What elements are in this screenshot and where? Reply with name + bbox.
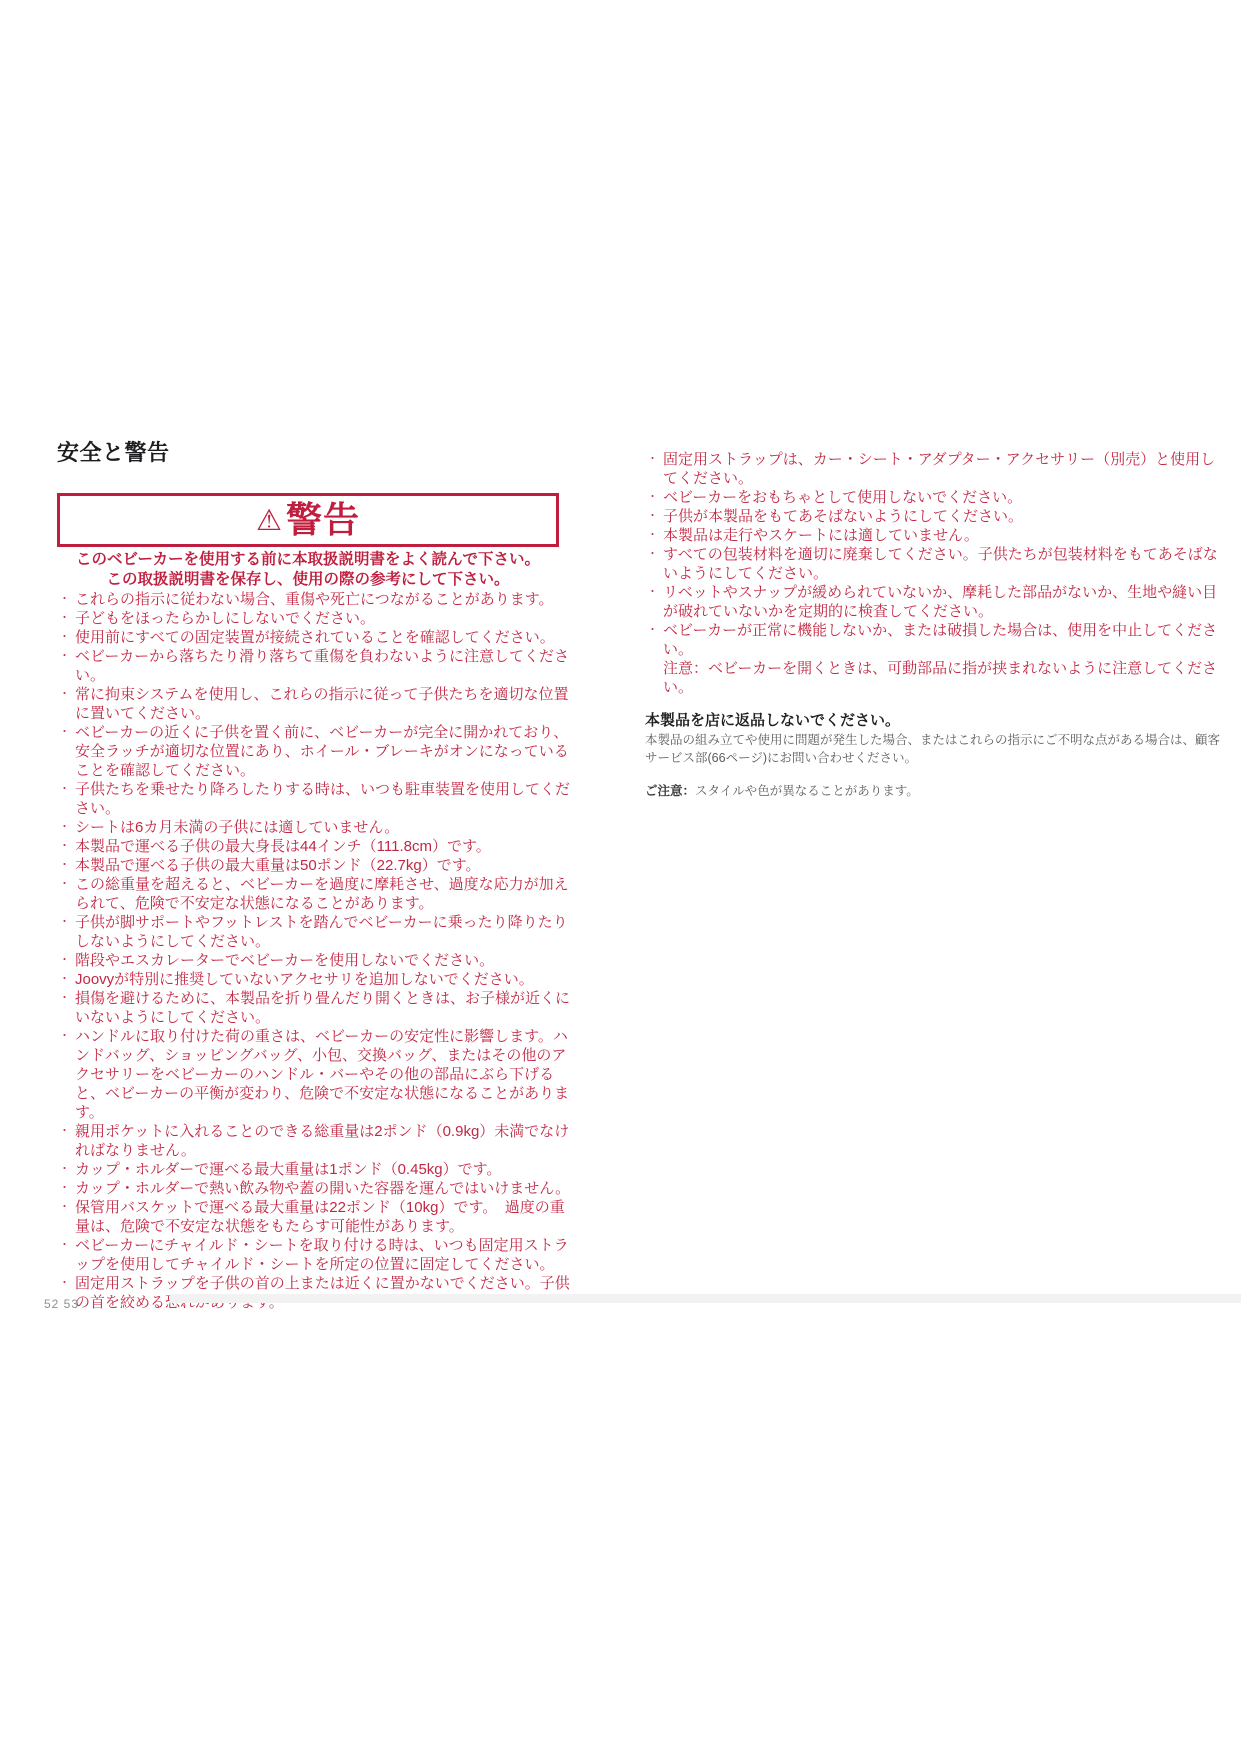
- bullet-icon: ・: [59, 1027, 70, 1046]
- warning-list-item: ・ カップ・ホルダーで熱い飲み物や蓋の開いた容器を運んではいけません。: [57, 1179, 572, 1198]
- bullet-icon: ・: [647, 450, 658, 469]
- warning-item-text: 本製品で運べる子供の最大重量は50ポンド（22.7kg）です。: [75, 857, 481, 874]
- warning-list-item: ・ 本製品は走行やスケートには適していません。: [645, 526, 1220, 545]
- warning-list-item: ・ ハンドルに取り付けた荷の重さは、ベビーカーの安定性に影響します。ハンドバッグ…: [57, 1027, 572, 1122]
- warning-intro-line2: この取扱説明書を保存し、使用の際の参考にして下さい。: [57, 570, 559, 590]
- warning-list-item: ・ 常に拘束システムを使用し、これらの指示に従って子供たちを適切な位置に置いてく…: [57, 685, 572, 723]
- warning-item-text: リベットやスナップが緩められていないか、摩耗した部品がないか、生地や縫い目が破れ…: [663, 584, 1217, 620]
- warning-bullet-list-left: ・ これらの指示に従わない場合、重傷や死亡につながることがあります。 ・ 子ども…: [57, 590, 572, 1312]
- warning-list-item: ・ 子どもをほったらかしにしないでください。: [57, 609, 572, 628]
- warning-bullet-list-right: ・ 固定用ストラップは、カー・シート・アダプター・アクセサリー（別売）と使用して…: [645, 450, 1220, 659]
- warning-list-item: ・ 固定用ストラップは、カー・シート・アダプター・アクセサリー（別売）と使用して…: [645, 450, 1220, 488]
- warning-list-item: ・ これらの指示に従わない場合、重傷や死亡につながることがあります。: [57, 590, 572, 609]
- warning-triangle-icon: ⚠: [256, 507, 283, 536]
- bullet-icon: ・: [59, 609, 70, 628]
- bullet-icon: ・: [59, 590, 70, 609]
- bullet-icon: ・: [647, 488, 658, 507]
- style-note-label: ご注意：: [645, 784, 695, 798]
- warning-intro-line1: このベビーカーを使用する前に本取扱説明書をよく読んで下さい。: [57, 550, 559, 570]
- style-variation-note: ご注意：スタイルや色が異なることがあります。: [645, 783, 1220, 800]
- warning-list-item: ・ カップ・ホルダーで運べる最大重量は1ポンド（0.45kg）です。: [57, 1160, 572, 1179]
- bullet-icon: ・: [59, 723, 70, 742]
- bullet-icon: ・: [59, 780, 70, 799]
- bullet-icon: ・: [59, 970, 70, 989]
- warning-item-text: 常に拘束システムを使用し、これらの指示に従って子供たちを適切な位置に置いてくださ…: [75, 686, 569, 722]
- warning-item-text: 子供が脚サポートやフットレストを踏んでベビーカーに乗ったり降りたりしないようにし…: [75, 914, 568, 950]
- bullet-icon: ・: [59, 837, 70, 856]
- warning-item-text: ベビーカーが正常に機能しないか、または破損した場合は、使用を中止してください。: [663, 622, 1217, 658]
- warning-list-item: ・ 損傷を避けるために、本製品を折り畳んだり開くときは、お子様が近くにいないよう…: [57, 989, 572, 1027]
- warning-item-text: ベビーカーから落ちたり滑り落ちて重傷を負わないように注意してください。: [75, 648, 569, 684]
- bullet-icon: ・: [59, 989, 70, 1008]
- warning-item-text: 使用前にすべての固定装置が接続されていることを確認してください。: [75, 629, 555, 646]
- warning-list-item: ・ ベビーカーの近くに子供を置く前に、ベビーカーが完全に開かれており、安全ラッチ…: [57, 723, 572, 780]
- warning-list-item: ・ 子供たちを乗せたり降ろしたりする時は、いつも駐車装置を使用してください。: [57, 780, 572, 818]
- bullet-icon: ・: [59, 628, 70, 647]
- page-edge-band: [170, 1294, 1241, 1303]
- warning-list-item: ・ 使用前にすべての固定装置が接続されていることを確認してください。: [57, 628, 572, 647]
- warning-list-item: ・ 本製品で運べる子供の最大重量は50ポンド（22.7kg）です。: [57, 856, 572, 875]
- warning-item-text: カップ・ホルダーで運べる最大重量は1ポンド（0.45kg）です。: [75, 1161, 501, 1178]
- warning-item-text: 子供たちを乗せたり降ろしたりする時は、いつも駐車装置を使用してください。: [75, 781, 570, 817]
- warning-list-item: ・ 階段やエスカレーターでベビーカーを使用しないでください。: [57, 951, 572, 970]
- warning-list-item: ・ この総重量を超えると、ベビーカーを過度に摩耗させ、過度な応力が加えられて、危…: [57, 875, 572, 913]
- bullet-icon: ・: [647, 507, 658, 526]
- warning-item-text: ハンドルに取り付けた荷の重さは、ベビーカーの安定性に影響します。ハンドバッグ、シ…: [75, 1028, 569, 1121]
- warning-item-text: 親用ポケットに入れることのできる総重量は2ポンド（0.9kg）未満でなければなり…: [75, 1123, 569, 1159]
- warning-list-item: ・ ベビーカーが正常に機能しないか、または破損した場合は、使用を中止してください…: [645, 621, 1220, 659]
- page-title: 安全と警告: [57, 436, 170, 467]
- warning-item-text: 本製品で運べる子供の最大身長は44インチ（111.8cm）です。: [75, 838, 491, 855]
- warning-list-item: ・ リベットやスナップが緩められていないか、摩耗した部品がないか、生地や縫い目が…: [645, 583, 1220, 621]
- warning-item-text: 固定用ストラップを子供の首の上または近くに置かないでください。子供の首を絞める恐…: [75, 1275, 570, 1311]
- warning-list-item: ・ 子供が脚サポートやフットレストを踏んでベビーカーに乗ったり降りたりしないよう…: [57, 913, 572, 951]
- warning-list-item: ・ シートは6カ月未満の子供には適していません。: [57, 818, 572, 837]
- warning-list-item: ・ Joovyが特別に推奨していないアクセサリを追加しないでください。: [57, 970, 572, 989]
- bullet-icon: ・: [59, 647, 70, 666]
- right-column: ・ 固定用ストラップは、カー・シート・アダプター・アクセサリー（別売）と使用して…: [645, 450, 1220, 800]
- caution-note: 注意：ベビーカーを開くときは、可動部品に指が挟まれないように注意してください。: [645, 659, 1220, 697]
- bullet-icon: ・: [59, 875, 70, 894]
- warning-list-item: ・ 保管用バスケットで運べる最大重量は22ポンド（10kg）です。 過度の重量は…: [57, 1198, 572, 1236]
- customer-service-note: 本製品の組み立てや使用に問題が発生した場合、またはこれらの指示にご不明な点がある…: [645, 732, 1220, 767]
- warning-list-item: ・ 本製品で運べる子供の最大身長は44インチ（111.8cm）です。: [57, 837, 572, 856]
- style-note-body: スタイルや色が異なることがあります。: [695, 784, 919, 798]
- left-column: ・ これらの指示に従わない場合、重傷や死亡につながることがあります。 ・ 子ども…: [57, 590, 572, 1312]
- warning-item-text: この総重量を超えると、ベビーカーを過度に摩耗させ、過度な応力が加えられて、危険で…: [75, 876, 569, 912]
- warning-item-text: ベビーカーをおもちゃとして使用しないでください。: [663, 489, 1022, 506]
- bullet-icon: ・: [59, 1122, 70, 1141]
- bullet-icon: ・: [59, 856, 70, 875]
- warning-item-text: カップ・ホルダーで熱い飲み物や蓋の開いた容器を運んではいけません。: [75, 1180, 570, 1197]
- warning-item-text: ベビーカーの近くに子供を置く前に、ベビーカーが完全に開かれており、安全ラッチが適…: [75, 724, 569, 779]
- warning-heading-label: 警告: [286, 502, 360, 538]
- warning-item-text: Joovyが特別に推奨していないアクセサリを追加しないでください。: [75, 971, 534, 988]
- no-return-heading: 本製品を店に返品しないでください。: [645, 711, 1220, 730]
- warning-item-text: 階段やエスカレーターでベビーカーを使用しないでください。: [75, 952, 494, 969]
- page-number-label: 52 53: [44, 1297, 79, 1311]
- bullet-icon: ・: [59, 1179, 70, 1198]
- warning-item-text: すべての包装材料を適切に廃棄してください。子供たちが包装材料をもてあそばないよう…: [663, 546, 1218, 582]
- warning-item-text: 本製品は走行やスケートには適していません。: [663, 527, 979, 544]
- warning-list-item: ・ ベビーカーから落ちたり滑り落ちて重傷を負わないように注意してください。: [57, 647, 572, 685]
- warning-item-text: 子どもをほったらかしにしないでください。: [75, 610, 375, 627]
- warning-list-item: ・ ベビーカーにチャイルド・シートを取り付ける時は、いつも固定用ストラップを使用…: [57, 1236, 572, 1274]
- warning-heading: ⚠ 警告: [256, 502, 360, 538]
- bullet-icon: ・: [59, 1160, 70, 1179]
- bullet-icon: ・: [59, 1274, 70, 1293]
- warning-item-text: 固定用ストラップは、カー・シート・アダプター・アクセサリー（別売）と使用してくだ…: [663, 451, 1215, 487]
- bullet-icon: ・: [647, 621, 658, 640]
- warning-item-text: ベビーカーにチャイルド・シートを取り付ける時は、いつも固定用ストラップを使用して…: [75, 1237, 569, 1273]
- warning-item-text: 損傷を避けるために、本製品を折り畳んだり開くときは、お子様が近くにいないようにし…: [75, 990, 570, 1026]
- warning-item-text: シートは6カ月未満の子供には適していません。: [75, 819, 399, 836]
- warning-item-text: 保管用バスケットで運べる最大重量は22ポンド（10kg）です。 過度の重量は、危…: [75, 1199, 565, 1235]
- warning-list-item: ・ 固定用ストラップを子供の首の上または近くに置かないでください。子供の首を絞め…: [57, 1274, 572, 1312]
- bullet-icon: ・: [647, 545, 658, 564]
- bullet-icon: ・: [647, 526, 658, 545]
- bullet-icon: ・: [59, 818, 70, 837]
- warning-item-text: 子供が本製品をもてあそばないようにしてください。: [663, 508, 1023, 525]
- warning-list-item: ・ すべての包装材料を適切に廃棄してください。子供たちが包装材料をもてあそばない…: [645, 545, 1220, 583]
- warning-list-item: ・ 子供が本製品をもてあそばないようにしてください。: [645, 507, 1220, 526]
- warning-list-item: ・ ベビーカーをおもちゃとして使用しないでください。: [645, 488, 1220, 507]
- warning-list-item: ・ 親用ポケットに入れることのできる総重量は2ポンド（0.9kg）未満でなければ…: [57, 1122, 572, 1160]
- bullet-icon: ・: [59, 1198, 70, 1217]
- warning-box: ⚠ 警告: [57, 493, 559, 547]
- bullet-icon: ・: [59, 951, 70, 970]
- bullet-icon: ・: [59, 685, 70, 704]
- bullet-icon: ・: [647, 583, 658, 602]
- bullet-icon: ・: [59, 1236, 70, 1255]
- manual-page: 安全と警告 ⚠ 警告 このベビーカーを使用する前に本取扱説明書をよく読んで下さい…: [0, 0, 1241, 1754]
- warning-intro: このベビーカーを使用する前に本取扱説明書をよく読んで下さい。 この取扱説明書を保…: [57, 550, 559, 590]
- warning-item-text: これらの指示に従わない場合、重傷や死亡につながることがあります。: [75, 591, 554, 608]
- bullet-icon: ・: [59, 913, 70, 932]
